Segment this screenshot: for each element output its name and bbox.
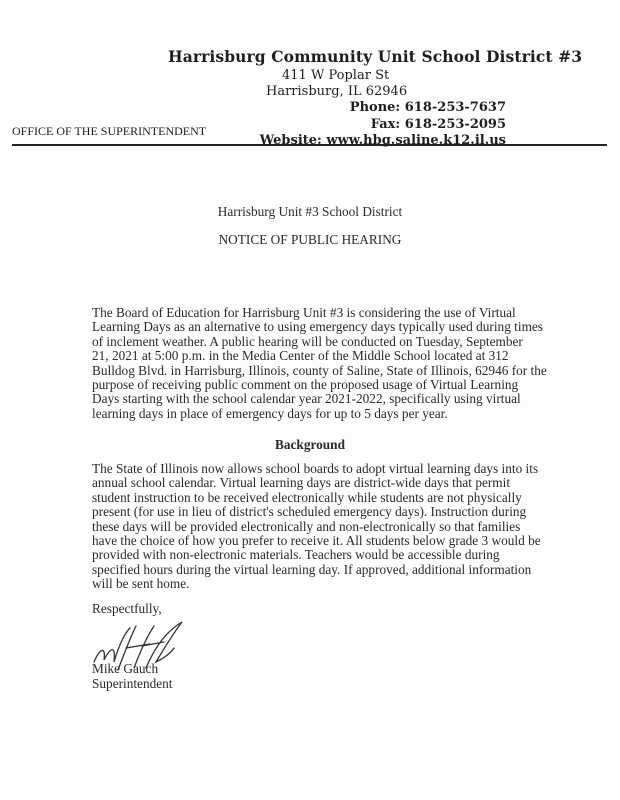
background-heading: Background — [0, 438, 620, 452]
paragraph-line: purpose of receiving public comment on t… — [92, 378, 542, 392]
paragraph-line: learning days in place of emergency days… — [92, 407, 542, 421]
letterhead-divider — [12, 144, 607, 146]
paragraph-line: annual school calendar. Virtual learning… — [92, 476, 542, 490]
signer-name: Mike Gauch — [92, 662, 542, 676]
paragraph-line: will be sent home. — [92, 577, 542, 591]
address-city: Harrisburg, IL 62946 — [266, 84, 407, 99]
fax-number: Fax: 618-253-2095 — [371, 117, 506, 132]
organization-name: Harrisburg Community Unit School Distric… — [168, 47, 582, 66]
paragraph-line: The State of Illinois now allows school … — [92, 462, 542, 476]
district-line: Harrisburg Unit #3 School District — [0, 205, 620, 219]
paragraph-line: Days starting with the school calendar y… — [92, 392, 542, 406]
paragraph-line: Bulldog Blvd. in Harrisburg, Illinois, c… — [92, 364, 542, 378]
paragraph-line: present (for use in lieu of district's s… — [92, 505, 542, 519]
paragraph-line: 21, 2021 at 5:00 p.m. in the Media Cente… — [92, 349, 542, 363]
hearing-paragraph: The Board of Education for Harrisburg Un… — [92, 306, 542, 421]
paragraph-line: provided with non-electronic materials. … — [92, 548, 542, 562]
notice-title: NOTICE OF PUBLIC HEARING — [0, 233, 620, 247]
phone-number: Phone: 618-253-7637 — [350, 100, 506, 115]
background-paragraph: The State of Illinois now allows school … — [92, 462, 542, 592]
paragraph-line: The Board of Education for Harrisburg Un… — [92, 306, 542, 320]
office-label: OFFICE OF THE SUPERINTENDENT — [12, 124, 206, 139]
paragraph-line: of inclement weather. A public hearing w… — [92, 335, 542, 349]
paragraph-line: student instruction to be received elect… — [92, 491, 542, 505]
closing: Respectfully, — [92, 602, 542, 616]
address-street: 411 W Poplar St — [282, 68, 389, 83]
paragraph-line: have the choice of how you prefer to rec… — [92, 534, 542, 548]
paragraph-line: specified hours during the virtual learn… — [92, 563, 542, 577]
paragraph-line: these days will be provided electronical… — [92, 520, 542, 534]
paragraph-line: Learning Days as an alternative to using… — [92, 320, 542, 334]
signer-title: Superintendent — [92, 677, 542, 691]
